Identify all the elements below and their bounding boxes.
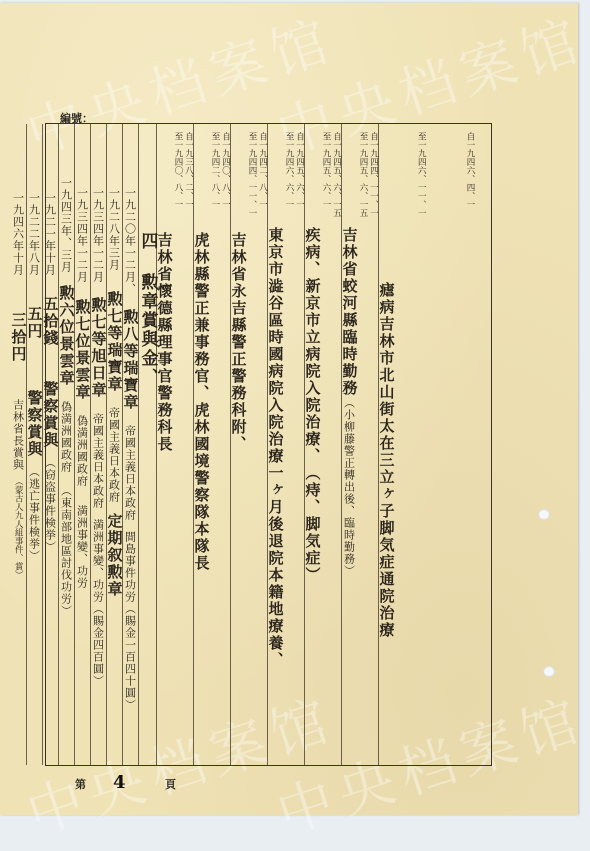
period-from: 自一九四六、四、一 bbox=[466, 132, 475, 209]
award-date: 一九二〇年一二月、 bbox=[125, 187, 136, 295]
page-number: 4 bbox=[113, 772, 126, 793]
award-reason: 間島事件功労（賜金一百四十圓） bbox=[125, 531, 136, 711]
award-issuer: 偽満洲國政府 bbox=[77, 415, 88, 487]
period-to: 至一九四六、六、一 bbox=[285, 132, 294, 209]
award-entry: 一九二八年三月 勲七等瑞寶章 帝國主義日本政府 定期叙勲章 bbox=[106, 124, 122, 765]
period-to: 至一九四六、一一、一 bbox=[417, 132, 426, 217]
career-entry: 自一九四六、四、一 至一九四六、一一、一 瘧病吉林市北山街太在三立ヶ子脚気症通院… bbox=[378, 124, 492, 765]
award-name: 勲七等旭日章 bbox=[91, 297, 106, 399]
career-entry: 自一九四四、一一、一 至一九四五、六、一五 吉林省蛟河縣臨時勤務 （小柳藤警正轉… bbox=[341, 124, 378, 765]
award-reason: （東南部地區討伐功労） bbox=[61, 485, 72, 617]
period-to: 至一九四二、八、一 bbox=[211, 132, 220, 209]
career-entry: 自一九四二、八、一 至一九四四、一一、一 吉林省永吉縣警正警務科附、 bbox=[230, 124, 267, 765]
record-table: 自一九四六、四、一 至一九四六、一一、一 瘧病吉林市北山街太在三立ヶ子脚気症通院… bbox=[45, 123, 492, 766]
award-entry: 一九四六年十月 三拾円 吉林省長賞與 （蒙古人九人組事件、賞） bbox=[11, 124, 26, 765]
award-name: 吉林省長賞與 bbox=[13, 399, 24, 471]
archive-page: 中央档案馆 中央档案馆 中央档案馆 中央档案馆 編號： 自一九四六、四、一 至一… bbox=[0, 3, 578, 815]
award-issuer: 帝國主義日本政府 bbox=[125, 425, 136, 521]
career-entry: 自一九四〇、八、一 至一九四二、八、一 虎林縣警正兼事務官、虎林國境警察隊本隊長 bbox=[193, 124, 230, 765]
award-amount: 五円 bbox=[27, 306, 42, 340]
award-amount: 三拾円 bbox=[11, 312, 26, 363]
award-reason: （逃亡事件検挙） bbox=[29, 466, 40, 562]
award-date: 一九三四年一二月 bbox=[93, 187, 104, 283]
award-date: 一九二一年十月 bbox=[45, 192, 56, 276]
award-name: 勲七等瑞寶章 bbox=[107, 291, 122, 393]
award-name: 警察賞與 bbox=[43, 381, 58, 449]
entry-text: 吉林省永吉縣警正警務科附、 bbox=[231, 232, 246, 765]
period-from: 自一九四五、六、一五 bbox=[332, 132, 341, 217]
punch-hole bbox=[543, 666, 555, 677]
period-to: 至一九四五、六、一 bbox=[322, 132, 331, 209]
entry-text: 虎林縣警正兼事務官、虎林國境警察隊本隊長 bbox=[194, 232, 209, 765]
award-issuer: 偽満洲國政府 bbox=[61, 401, 72, 473]
career-entry: 自一九四五、六、一 至一九四六、六、一 東京市澁谷區時國病院入院治療一ヶ月後退院… bbox=[267, 124, 304, 765]
award-date: 一九二二年八月 bbox=[29, 192, 40, 276]
period-to: 至一九四五、六、一五 bbox=[359, 132, 368, 217]
section-heading: 四 勲章賞與金、 bbox=[139, 232, 156, 765]
award-name: 警察賞與 bbox=[27, 390, 42, 458]
award-date: 一九三四年一二月 bbox=[77, 187, 88, 283]
period-from: 自一九四二、八、一 bbox=[258, 132, 267, 209]
award-reason: 定期叙勲章 bbox=[107, 513, 122, 598]
award-date: 一九四三年、三月 bbox=[61, 177, 72, 273]
award-entry: 一九三四年一二月 勲七等旭日章 帝國主義日本政府 満洲事變、功労（賜金四百圓） bbox=[90, 124, 106, 765]
entry-text: 東京市澁谷區時國病院入院治療一ヶ月後退院本籍地療養、 bbox=[268, 227, 283, 765]
entry-text: 吉林省懷德縣理事官警務科長 bbox=[157, 232, 172, 765]
entry-note: （小柳藤警正轉出後、臨時勤務） bbox=[344, 397, 355, 577]
award-issuer: 帝國主義日本政府 bbox=[93, 413, 104, 509]
award-amount: 五拾錢 bbox=[43, 296, 58, 347]
award-entry: 一九二〇年一二月、 勲八等瑞寶章 帝國主義日本政府 間島事件功労（賜金一百四十圓… bbox=[122, 124, 138, 765]
award-name: 勲八等瑞寶章 bbox=[123, 309, 138, 411]
period-from: 自一九四〇、八、一 bbox=[221, 132, 230, 209]
period-from: 自一九四五、六、一 bbox=[295, 132, 304, 209]
award-issuer: 帝國主義日本政府 bbox=[109, 407, 120, 503]
period-to: 至一九四四、一一、一 bbox=[248, 132, 257, 217]
award-date: 一九四六年十月 bbox=[13, 192, 24, 276]
section-heading-column: 四 勲章賞與金、 bbox=[138, 124, 156, 765]
award-reason: （蒙古人九人組事件、賞） bbox=[14, 477, 23, 579]
award-entry: 一九二二年八月 五円 警察賞與 （逃亡事件検挙） bbox=[26, 124, 42, 765]
award-name: 勲七位景雲章 bbox=[75, 299, 90, 401]
period-from: 自一九四四、一一、一 bbox=[369, 132, 378, 217]
award-reason: （窃盗事件検挙） bbox=[45, 457, 56, 553]
period-to: 至一九四〇、八、一 bbox=[174, 132, 183, 209]
award-entry: 一九四三年、三月 勲六位景雲章 偽満洲國政府 （東南部地區討伐功労） bbox=[58, 124, 74, 765]
award-date: 一九二八年三月 bbox=[109, 187, 120, 271]
career-entry: 自一九三八、二、一 至一九四〇、八、一 吉林省懷德縣理事官警務科長 bbox=[156, 124, 193, 765]
entry-text: 瘧病吉林市北山街太在三立ヶ子脚気症通院治療 bbox=[379, 282, 394, 765]
award-reason: 満洲事變、功労（賜金四百圓） bbox=[93, 519, 104, 687]
entry-note: （痔、脚気症） bbox=[305, 465, 320, 584]
award-entry: 一九二一年十月 五拾錢 警察賞與 （窃盗事件検挙） bbox=[42, 124, 58, 765]
award-entry: 一九三四年一二月 勲七位景雲章 偽満洲國政府 満洲事變、功労 bbox=[74, 124, 90, 765]
period-from: 自一九三八、二、一 bbox=[184, 132, 193, 209]
entry-text: 吉林省蛟河縣臨時勤務 bbox=[342, 227, 357, 397]
award-reason: 満洲事變、功労 bbox=[77, 505, 88, 589]
page-prefix: 第 bbox=[75, 776, 86, 792]
entry-text: 疾病、新京市立病院入院治療、 bbox=[305, 227, 320, 465]
award-name: 勲六位景雲章 bbox=[59, 285, 74, 387]
career-entry: 自一九四五、六、一五 至一九四五、六、一 疾病、新京市立病院入院治療、 （痔、脚… bbox=[304, 124, 341, 765]
page-suffix: 頁 bbox=[165, 776, 176, 792]
punch-hole bbox=[538, 509, 550, 520]
